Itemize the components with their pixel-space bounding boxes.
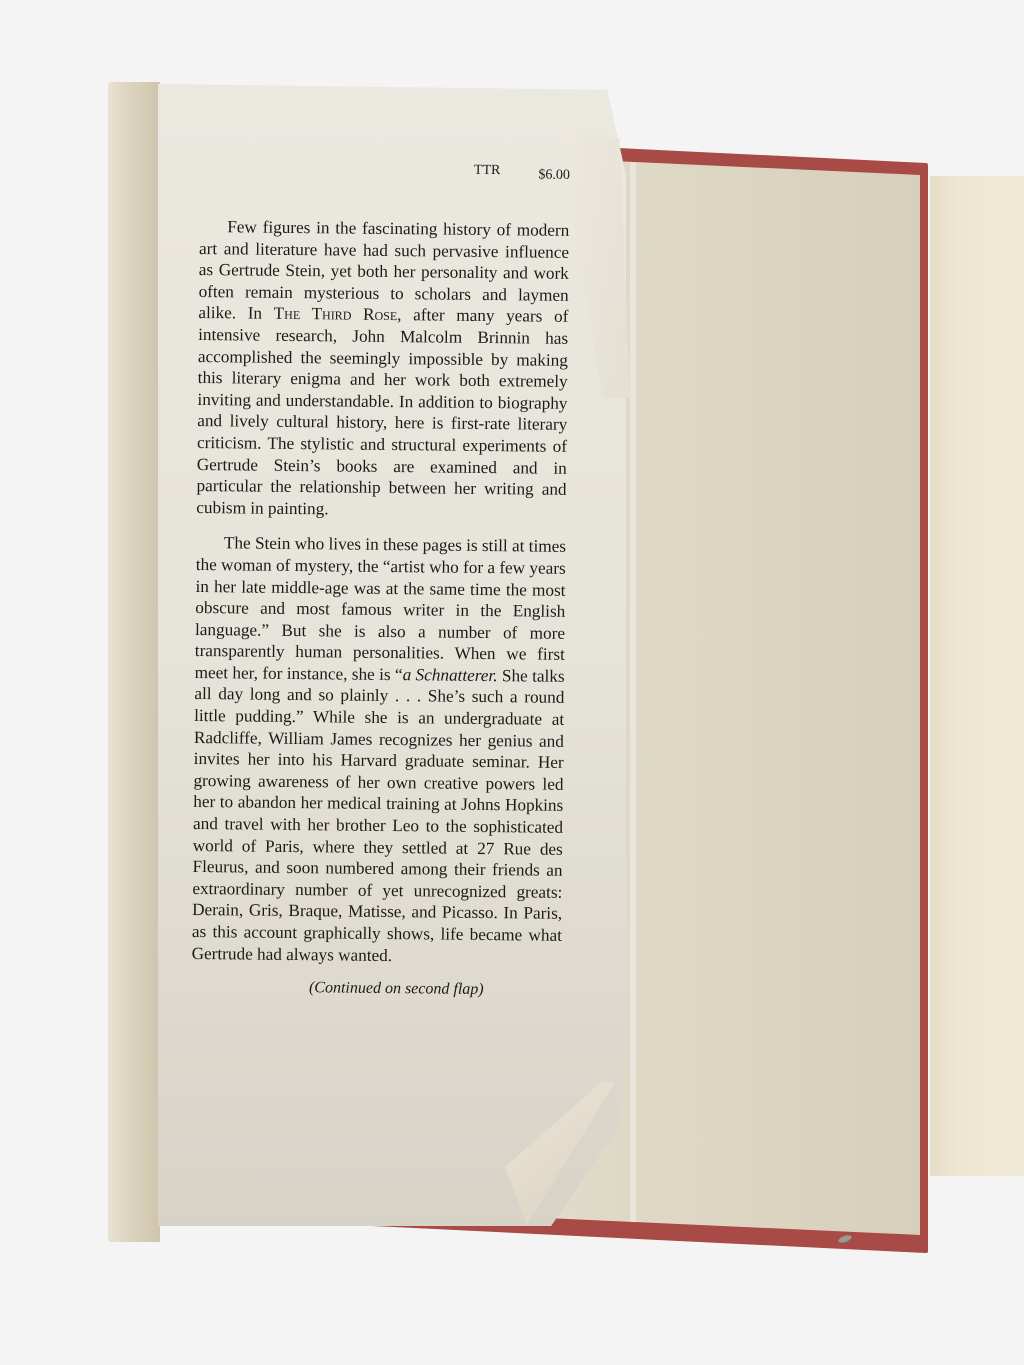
paragraph-1-rest: , after many years of intensive research… [196, 305, 568, 518]
paper-streak [630, 162, 636, 1222]
publisher-code: TTR [474, 163, 501, 179]
flap-text-block: TTR $6.00 Few figures in the fascinating… [191, 160, 570, 1000]
paragraph-2: The Stein who lives in these pages is st… [192, 532, 567, 968]
book-title: The Third Rose [274, 304, 398, 324]
price-label: $6.00 [538, 168, 570, 184]
book-photo: TTR $6.00 Few figures in the fascinating… [0, 0, 1024, 1365]
paragraph-1: Few figures in the fascinating history o… [196, 216, 569, 522]
quoted-italic: a Schnatterer. [403, 665, 498, 685]
paragraph-2-rest: She talks all day long and so plainly . … [192, 666, 565, 965]
jacket-spine-fold [108, 82, 160, 1242]
paragraph-2-lead: The Stein who lives in these pages is st… [195, 534, 567, 684]
endpaper-page [930, 176, 1024, 1176]
flap-header: TTR $6.00 [200, 160, 570, 180]
